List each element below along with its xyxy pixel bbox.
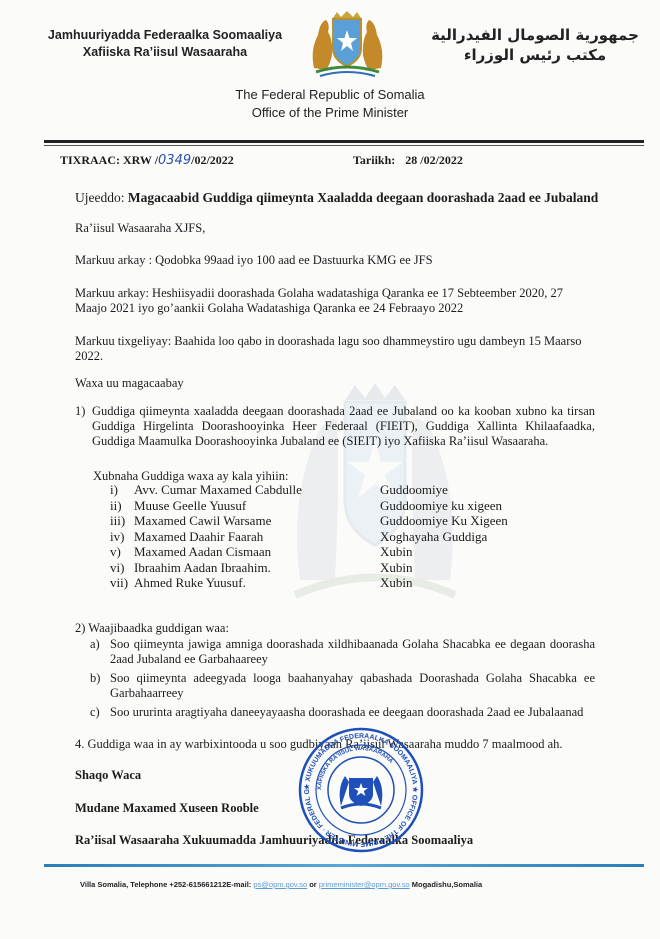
date-value: 28 /02/2022: [405, 153, 463, 167]
footer-or: or: [309, 880, 317, 889]
arabic-line2: مكتب رئيس الوزراء: [415, 45, 655, 65]
arabic-line1: جمهورية الصومال الفيدرالية: [415, 25, 655, 45]
member-name: Muuse Geelle Yuusuf: [134, 498, 380, 514]
considered-paragraph-2: Markuu arkay: Heshiisyadii doorashada Go…: [75, 286, 595, 316]
member-numeral: vi): [110, 560, 134, 576]
member-numeral: iv): [110, 529, 134, 545]
duty-letter: c): [90, 705, 110, 720]
letter-page: Jamhuuriyadda Federaalka Soomaaliya Xafi…: [0, 0, 660, 939]
letterhead-somali: Jamhuuriyadda Federaalka Soomaaliya Xafi…: [30, 27, 300, 61]
member-row: i)Avv. Cumar Maxamed CabdulleGuddoomiye: [110, 482, 508, 498]
date-label: Tariikh:: [353, 153, 395, 167]
english-line1: The Federal Republic of Somalia: [180, 86, 480, 104]
email-link-ps[interactable]: ps@opm.gov.so: [253, 880, 307, 889]
member-name: Maxamed Aadan Cismaan: [134, 544, 380, 560]
member-numeral: iii): [110, 513, 134, 529]
member-role: Guddoomiye: [380, 482, 448, 498]
closing: Shaqo Waca: [75, 768, 141, 783]
somalia-coat-of-arms-icon: [300, 10, 395, 80]
issuer-line: Ra’iisul Wasaaraha XJFS,: [75, 221, 595, 236]
subject-label: Ujeeddo:: [75, 190, 125, 205]
member-numeral: v): [110, 544, 134, 560]
item-1-text: Guddiga qiimeynta xaaladda deegaan doora…: [92, 404, 595, 449]
considered-paragraph-1: Markuu arkay : Qodobka 99aad iyo 100 aad…: [75, 253, 595, 268]
member-role: Guddoomiye Ku Xigeen: [380, 513, 508, 529]
member-name: Avv. Cumar Maxamed Cabdulle: [134, 482, 380, 498]
header-divider: [44, 140, 644, 143]
member-row: ii)Muuse Geelle YuusufGuddoomiye ku xige…: [110, 498, 508, 514]
member-row: iii)Maxamed Cawil WarsameGuddoomiye Ku X…: [110, 513, 508, 529]
member-numeral: vii): [110, 575, 134, 591]
reference-number: TIXRAAC: XRW /0349/02/2022: [60, 153, 234, 168]
reference-label: TIXRAAC: XRW /: [60, 153, 158, 167]
member-numeral: i): [110, 482, 134, 498]
somali-line2: Xafiiska Ra’iisul Wasaaraha: [30, 44, 300, 61]
somali-line1: Jamhuuriyadda Federaalka Soomaaliya: [30, 27, 300, 44]
member-row: v)Maxamed Aadan CismaanXubin: [110, 544, 508, 560]
item-1: 1) Guddiga qiimeynta xaaladda deegaan do…: [75, 404, 595, 449]
document-date: Tariikh:28 /02/2022: [353, 153, 463, 168]
handwritten-number: 0349: [158, 153, 191, 168]
duty-letter: b): [90, 671, 110, 701]
duty-text: Soo ururinta aragtiyaha daneeyayaasha do…: [110, 705, 583, 720]
duty-item: c)Soo ururinta aragtiyaha daneeyayaasha …: [90, 705, 595, 720]
member-name: Ahmed Ruke Yuusuf.: [134, 575, 380, 591]
footer-divider: [44, 864, 644, 867]
member-role: Xubin: [380, 544, 413, 560]
item-1-number: 1): [75, 404, 85, 419]
member-name: Maxamed Cawil Warsame: [134, 513, 380, 529]
member-row: vi)Ibraahim Aadan Ibraahim.Xubin: [110, 560, 508, 576]
member-role: Xoghayaha Guddiga: [380, 529, 487, 545]
member-row: vii)Ahmed Ruke Yuusuf.Xubin: [110, 575, 508, 591]
item-2-heading: 2) Waajibaadka guddigan waa:: [75, 621, 229, 636]
english-line2: Office of the Prime Minister: [180, 104, 480, 122]
email-link-primeminister[interactable]: primeminister@opm.gov.so: [319, 880, 410, 889]
member-role: Xubin: [380, 575, 413, 591]
duty-text: Soo qiimeynta jawiga amniga doorashada x…: [110, 637, 595, 667]
subject-line: Ujeeddo: Magacaabid Guddiga qiimeynta Xa…: [75, 190, 598, 206]
member-row: iv)Maxamed Daahir FaarahXoghayaha Guddig…: [110, 529, 508, 545]
duty-text: Soo qiimeynta adeegyada looga baahanyaha…: [110, 671, 595, 701]
letterhead-arabic: جمهورية الصومال الفيدرالية مكتب رئيس الو…: [415, 25, 655, 65]
member-name: Ibraahim Aadan Ibraahim.: [134, 560, 380, 576]
considered-paragraph-3: Markuu tixgeliyay: Baahida loo qabo in d…: [75, 334, 595, 364]
footer-city: Mogadishu,Somalia: [412, 880, 482, 889]
official-stamp-icon: ★ XUKUUMADDA FEDERAALKA SOOMAALIYA ★ OFF…: [297, 726, 425, 854]
duty-letter: a): [90, 637, 110, 667]
member-role: Xubin: [380, 560, 413, 576]
appoints-line: Waxa uu magacaabay: [75, 376, 595, 391]
member-numeral: ii): [110, 498, 134, 514]
header-divider-thin: [44, 145, 644, 146]
duty-item: a)Soo qiimeynta jawiga amniga doorashada…: [90, 637, 595, 667]
footer-contact: Villa Somalia, Telephone +252-615661212E…: [80, 880, 482, 889]
member-role: Guddoomiye ku xigeen: [380, 498, 502, 514]
duties-list: a)Soo qiimeynta jawiga amniga doorashada…: [90, 637, 595, 724]
signatory-name: Mudane Maxamed Xuseen Rooble: [75, 801, 259, 816]
subject-text: Magacaabid Guddiga qiimeynta Xaaladda de…: [128, 190, 598, 205]
letterhead-english: The Federal Republic of Somalia Office o…: [180, 86, 480, 122]
duty-item: b)Soo qiimeynta adeegyada looga baahanya…: [90, 671, 595, 701]
members-list: i)Avv. Cumar Maxamed CabdulleGuddoomiyei…: [110, 482, 508, 591]
footer-address: Villa Somalia, Telephone +252-615661212E…: [80, 880, 251, 889]
member-name: Maxamed Daahir Faarah: [134, 529, 380, 545]
reference-suffix: /02/2022: [191, 153, 234, 167]
